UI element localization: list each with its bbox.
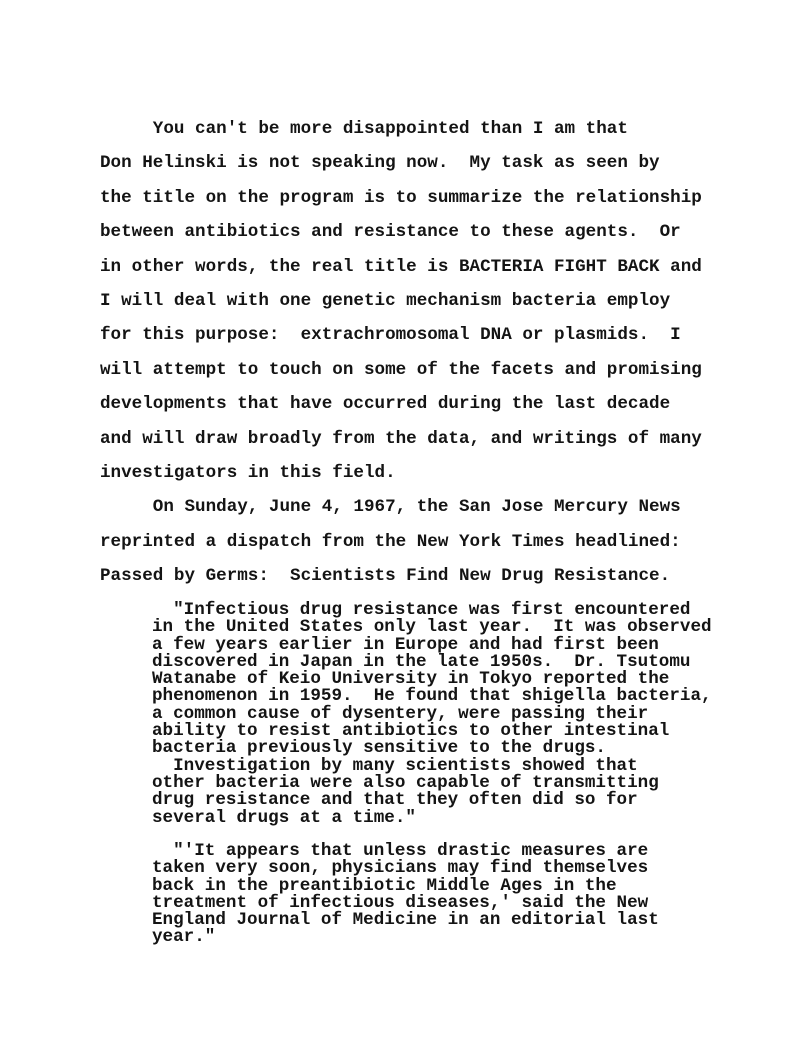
opening-paragraphs: You can't be more disappointed than I am… xyxy=(100,112,702,594)
news-quote-paragraph-2: "'It appears that unless drastic measure… xyxy=(152,843,659,947)
document-page: You can't be more disappointed than I am… xyxy=(0,0,800,1047)
news-quote-paragraph-1: "Infectious drug resistance was first en… xyxy=(152,602,712,827)
